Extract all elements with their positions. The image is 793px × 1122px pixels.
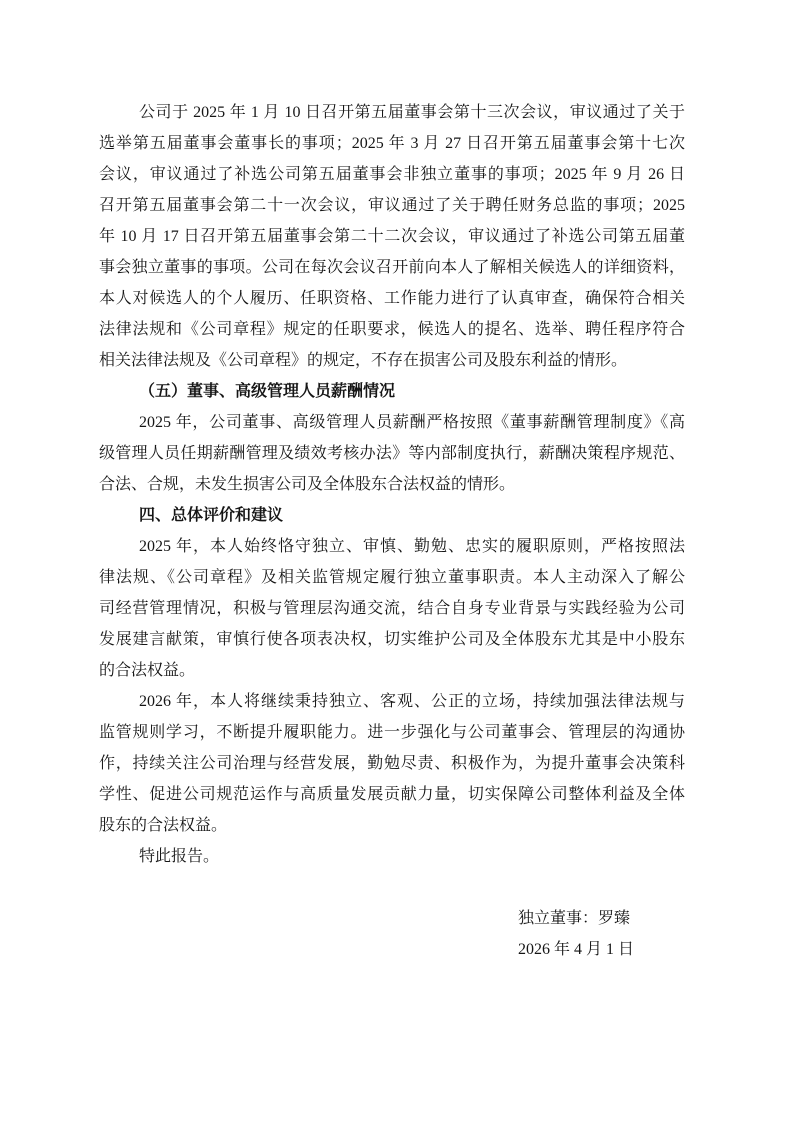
text-line: 公司于 2025 年 1 月 10 日召开第五届董事会第十三次会议，审议通过了关… [99,97,685,128]
text-line: 事会独立董事的事项。公司在每次会议召开前向本人了解相关候选人的详细资料， [99,252,685,283]
text-line: 合法、合规，未发生损害公司及全体股东合法权益的情形。 [99,469,685,500]
text-line: 司经营管理情况，积极与管理层沟通交流，结合自身专业背景与实践经验为公司 [99,593,685,624]
closing-line: 特此报告。 [99,841,685,872]
heading-remuneration: （五）董事、高级管理人员薪酬情况 [99,376,685,407]
text-line: 律法规、《公司章程》及相关监管规定履行独立董事职责。本人主动深入了解公 [99,562,685,593]
heading-overall-evaluation: 四、总体评价和建议 [99,500,685,531]
text-line: 学性、促进公司规范运作与高质量发展贡献力量，切实保障公司整体利益及全体 [99,779,685,810]
text-line: 作，持续关注公司治理与经营发展，勤勉尽责、积极作为，为提升董事会决策科 [99,748,685,779]
text-line: 的合法权益。 [99,655,685,686]
text-line: 股东的合法权益。 [99,810,685,841]
document-page: 公司于 2025 年 1 月 10 日召开第五届董事会第十三次会议，审议通过了关… [0,0,793,1122]
text-line: 法律法规和《公司章程》规定的任职要求，候选人的提名、选举、聘任程序符合 [99,314,685,345]
text-line: 监管规则学习，不断提升履职能力。进一步强化与公司董事会、管理层的沟通协 [99,717,685,748]
text-line: 级管理人员任期薪酬管理及绩效考核办法》等内部制度执行，薪酬决策程序规范、 [99,438,685,469]
text-line: 会议，审议通过了补选公司第五届董事会非独立董事的事项；2025 年 9 月 26… [99,159,685,190]
text-line: 相关法律法规及《公司章程》的规定，不存在损害公司及股东利益的情形。 [99,345,685,376]
text-line: 2026 年，本人将继续秉持独立、客观、公正的立场，持续加强法律法规与 [99,686,685,717]
text-line: 本人对候选人的个人履历、任职资格、工作能力进行了认真审查，确保符合相关 [99,283,685,314]
date-line: 2026 年 4 月 1 日 [518,934,685,965]
text-line: 年 10 月 17 日召开第五届董事会第二十二次会议，审议通过了补选公司第五届董 [99,221,685,252]
signature-line: 独立董事：罗臻 [518,903,685,934]
document-content: 公司于 2025 年 1 月 10 日召开第五届董事会第十三次会议，审议通过了关… [99,97,685,965]
text-line: 2025 年，本人始终恪守独立、审慎、勤勉、忠实的履职原则，严格按照法 [99,531,685,562]
text-line: 选举第五届董事会董事长的事项；2025 年 3 月 27 日召开第五届董事会第十… [99,128,685,159]
text-line: 发展建言献策，审慎行使各项表决权，切实维护公司及全体股东尤其是中小股东 [99,624,685,655]
text-line: 2025 年，公司董事、高级管理人员薪酬严格按照《董事薪酬管理制度》《高 [99,407,685,438]
signature-block: 独立董事：罗臻 2026 年 4 月 1 日 [99,903,685,965]
text-line: 召开第五届董事会第二十一次会议，审议通过了关于聘任财务总监的事项；2025 [99,190,685,221]
